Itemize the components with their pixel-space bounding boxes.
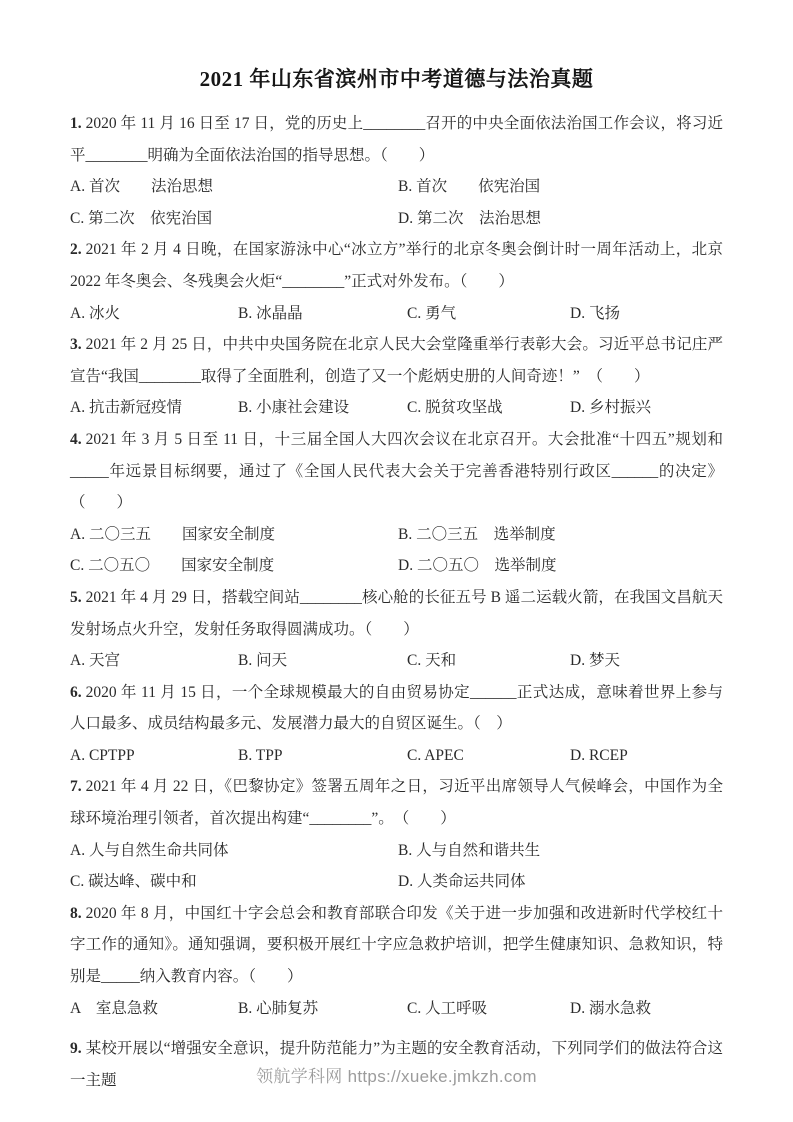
question-1-option-B: B. 首次 依宪治国 <box>398 171 723 203</box>
question-body: 2020 年 8 月，中国红十字会总会和教育部联合印发《关于进一步加强和改进新时… <box>70 905 723 985</box>
question-8-option-C: C. 人工呼吸 <box>407 993 570 1025</box>
question-1: 1.2020 年 11 月 16 日至 17 日，党的历史上________召开… <box>70 108 723 234</box>
question-text: 3.2021 年 2 月 25 日，中共中央国务院在北京人民大会堂隆重举行表彰大… <box>70 329 723 392</box>
question-6-option-B: B. TPP <box>238 740 407 772</box>
question-4-option-A: A. 二〇三五 国家安全制度 <box>70 519 398 551</box>
question-number: 7. <box>70 778 86 795</box>
question-4-option-D: D. 二〇五〇 选举制度 <box>398 550 723 582</box>
question-4-option-C: C. 二〇五〇 国家安全制度 <box>70 550 398 582</box>
question-7-option-C: C. 碳达峰、碳中和 <box>70 866 398 898</box>
question-text: 8.2020 年 8 月，中国红十字会总会和教育部联合印发《关于进一步加强和改进… <box>70 898 723 993</box>
question-text: 6.2020 年 11 月 15 日，一个全球规模最大的自由贸易协定______… <box>70 677 723 740</box>
question-2: 2.2021 年 2 月 4 日晚，在国家游泳中心“冰立方”举行的北京冬奥会倒计… <box>70 234 723 329</box>
question-number: 5. <box>70 589 86 606</box>
question-7-option-A: A. 人与自然生命共同体 <box>70 835 398 867</box>
question-text: 1.2020 年 11 月 16 日至 17 日，党的历史上________召开… <box>70 108 723 171</box>
question-text: 5.2021 年 4 月 29 日，搭载空间站________核心舱的长征五号 … <box>70 582 723 645</box>
question-number: 4. <box>70 431 86 448</box>
question-2-option-D: D. 飞扬 <box>570 298 723 330</box>
question-text: 4.2021 年 3 月 5 日至 11 日，十三届全国人大四次会议在北京召开。… <box>70 424 723 519</box>
question-1-option-C: C. 第二次 依宪治国 <box>70 203 398 235</box>
question-number: 1. <box>70 115 86 132</box>
question-3-option-C: C. 脱贫攻坚战 <box>407 392 570 424</box>
question-options: A. 二〇三五 国家安全制度B. 二〇三五 选举制度C. 二〇五〇 国家安全制度… <box>70 519 723 582</box>
question-body: 2021 年 2 月 25 日，中共中央国务院在北京人民大会堂隆重举行表彰大会。… <box>70 336 723 385</box>
question-text: 7.2021 年 4 月 22 日，《巴黎协定》签署五周年之日，习近平出席领导人… <box>70 771 723 834</box>
question-body: 2020 年 11 月 16 日至 17 日，党的历史上________召开的中… <box>70 115 723 164</box>
question-number: 2. <box>70 241 86 258</box>
question-1-option-A: A. 首次 法治思想 <box>70 171 398 203</box>
question-4: 4.2021 年 3 月 5 日至 11 日，十三届全国人大四次会议在北京召开。… <box>70 424 723 582</box>
question-8-option-B: B. 心肺复苏 <box>238 993 407 1025</box>
question-2-option-C: C. 勇气 <box>407 298 570 330</box>
question-5-option-C: C. 天和 <box>407 645 570 677</box>
question-4-option-B: B. 二〇三五 选举制度 <box>398 519 723 551</box>
question-options: A. CPTPPB. TPPC. APECD. RCEP <box>70 740 723 772</box>
question-8-option-A: A 室息急救 <box>70 993 238 1025</box>
question-6: 6.2020 年 11 月 15 日，一个全球规模最大的自由贸易协定______… <box>70 677 723 772</box>
question-8-option-D: D. 溺水急救 <box>570 993 723 1025</box>
question-options: A. 冰火B. 冰晶晶C. 勇气D. 飞扬 <box>70 298 723 330</box>
question-7-option-B: B. 人与自然和谐共生 <box>398 835 723 867</box>
question-body: 2021 年 2 月 4 日晚，在国家游泳中心“冰立方”举行的北京冬奥会倒计时一… <box>70 241 723 290</box>
question-options: A. 首次 法治思想B. 首次 依宪治国C. 第二次 依宪治国D. 第二次 法治… <box>70 171 723 234</box>
question-text: 2.2021 年 2 月 4 日晚，在国家游泳中心“冰立方”举行的北京冬奥会倒计… <box>70 234 723 297</box>
questions-list: 1.2020 年 11 月 16 日至 17 日，党的历史上________召开… <box>70 108 723 1096</box>
question-3-option-D: D. 乡村振兴 <box>570 392 723 424</box>
question-number: 6. <box>70 684 86 701</box>
question-options: A. 抗击新冠疫情B. 小康社会建设C. 脱贫攻坚战D. 乡村振兴 <box>70 392 723 424</box>
question-number: 8. <box>70 905 86 922</box>
question-2-option-A: A. 冰火 <box>70 298 238 330</box>
question-body: 2021 年 3 月 5 日至 11 日，十三届全国人大四次会议在北京召开。大会… <box>70 431 723 511</box>
question-7: 7.2021 年 4 月 22 日，《巴黎协定》签署五周年之日，习近平出席领导人… <box>70 771 723 897</box>
question-body: 2020 年 11 月 15 日，一个全球规模最大的自由贸易协定______正式… <box>70 684 723 733</box>
question-body: 2021 年 4 月 29 日，搭载空间站________核心舱的长征五号 B … <box>70 589 723 638</box>
question-options: A. 人与自然生命共同体B. 人与自然和谐共生C. 碳达峰、碳中和D. 人类命运… <box>70 835 723 898</box>
question-5-option-B: B. 问天 <box>238 645 407 677</box>
question-6-option-C: C. APEC <box>407 740 570 772</box>
question-6-option-A: A. CPTPP <box>70 740 238 772</box>
question-options: A 室息急救B. 心肺复苏C. 人工呼吸D. 溺水急救 <box>70 993 723 1025</box>
question-2-option-B: B. 冰晶晶 <box>238 298 407 330</box>
page-title: 2021 年山东省滨州市中考道德与法治真题 <box>70 66 723 92</box>
document-page: 2021 年山东省滨州市中考道德与法治真题 1.2020 年 11 月 16 日… <box>0 0 793 1122</box>
question-body: 2021 年 4 月 22 日，《巴黎协定》签署五周年之日，习近平出席领导人气候… <box>70 778 723 827</box>
question-3: 3.2021 年 2 月 25 日，中共中央国务院在北京人民大会堂隆重举行表彰大… <box>70 329 723 424</box>
question-number: 9. <box>70 1040 86 1057</box>
question-5: 5.2021 年 4 月 29 日，搭载空间站________核心舱的长征五号 … <box>70 582 723 677</box>
question-6-option-D: D. RCEP <box>570 740 723 772</box>
document-content: 2021 年山东省滨州市中考道德与法治真题 1.2020 年 11 月 16 日… <box>70 66 723 1096</box>
question-number: 3. <box>70 336 86 353</box>
question-3-option-B: B. 小康社会建设 <box>238 392 407 424</box>
question-5-option-A: A. 天宫 <box>70 645 238 677</box>
question-7-option-D: D. 人类命运共同体 <box>398 866 723 898</box>
scan-artifact: ‘ <box>79 976 83 987</box>
question-1-option-D: D. 第二次 法治思想 <box>398 203 723 235</box>
watermark-footer: 领航学科网 https://xueke.jmkzh.com <box>0 1066 793 1088</box>
question-options: A. 天宫B. 问天C. 天和D. 梦天 <box>70 645 723 677</box>
question-3-option-A: A. 抗击新冠疫情 <box>70 392 238 424</box>
question-8: 8.2020 年 8 月，中国红十字会总会和教育部联合印发《关于进一步加强和改进… <box>70 898 723 1024</box>
question-5-option-D: D. 梦天 <box>570 645 723 677</box>
